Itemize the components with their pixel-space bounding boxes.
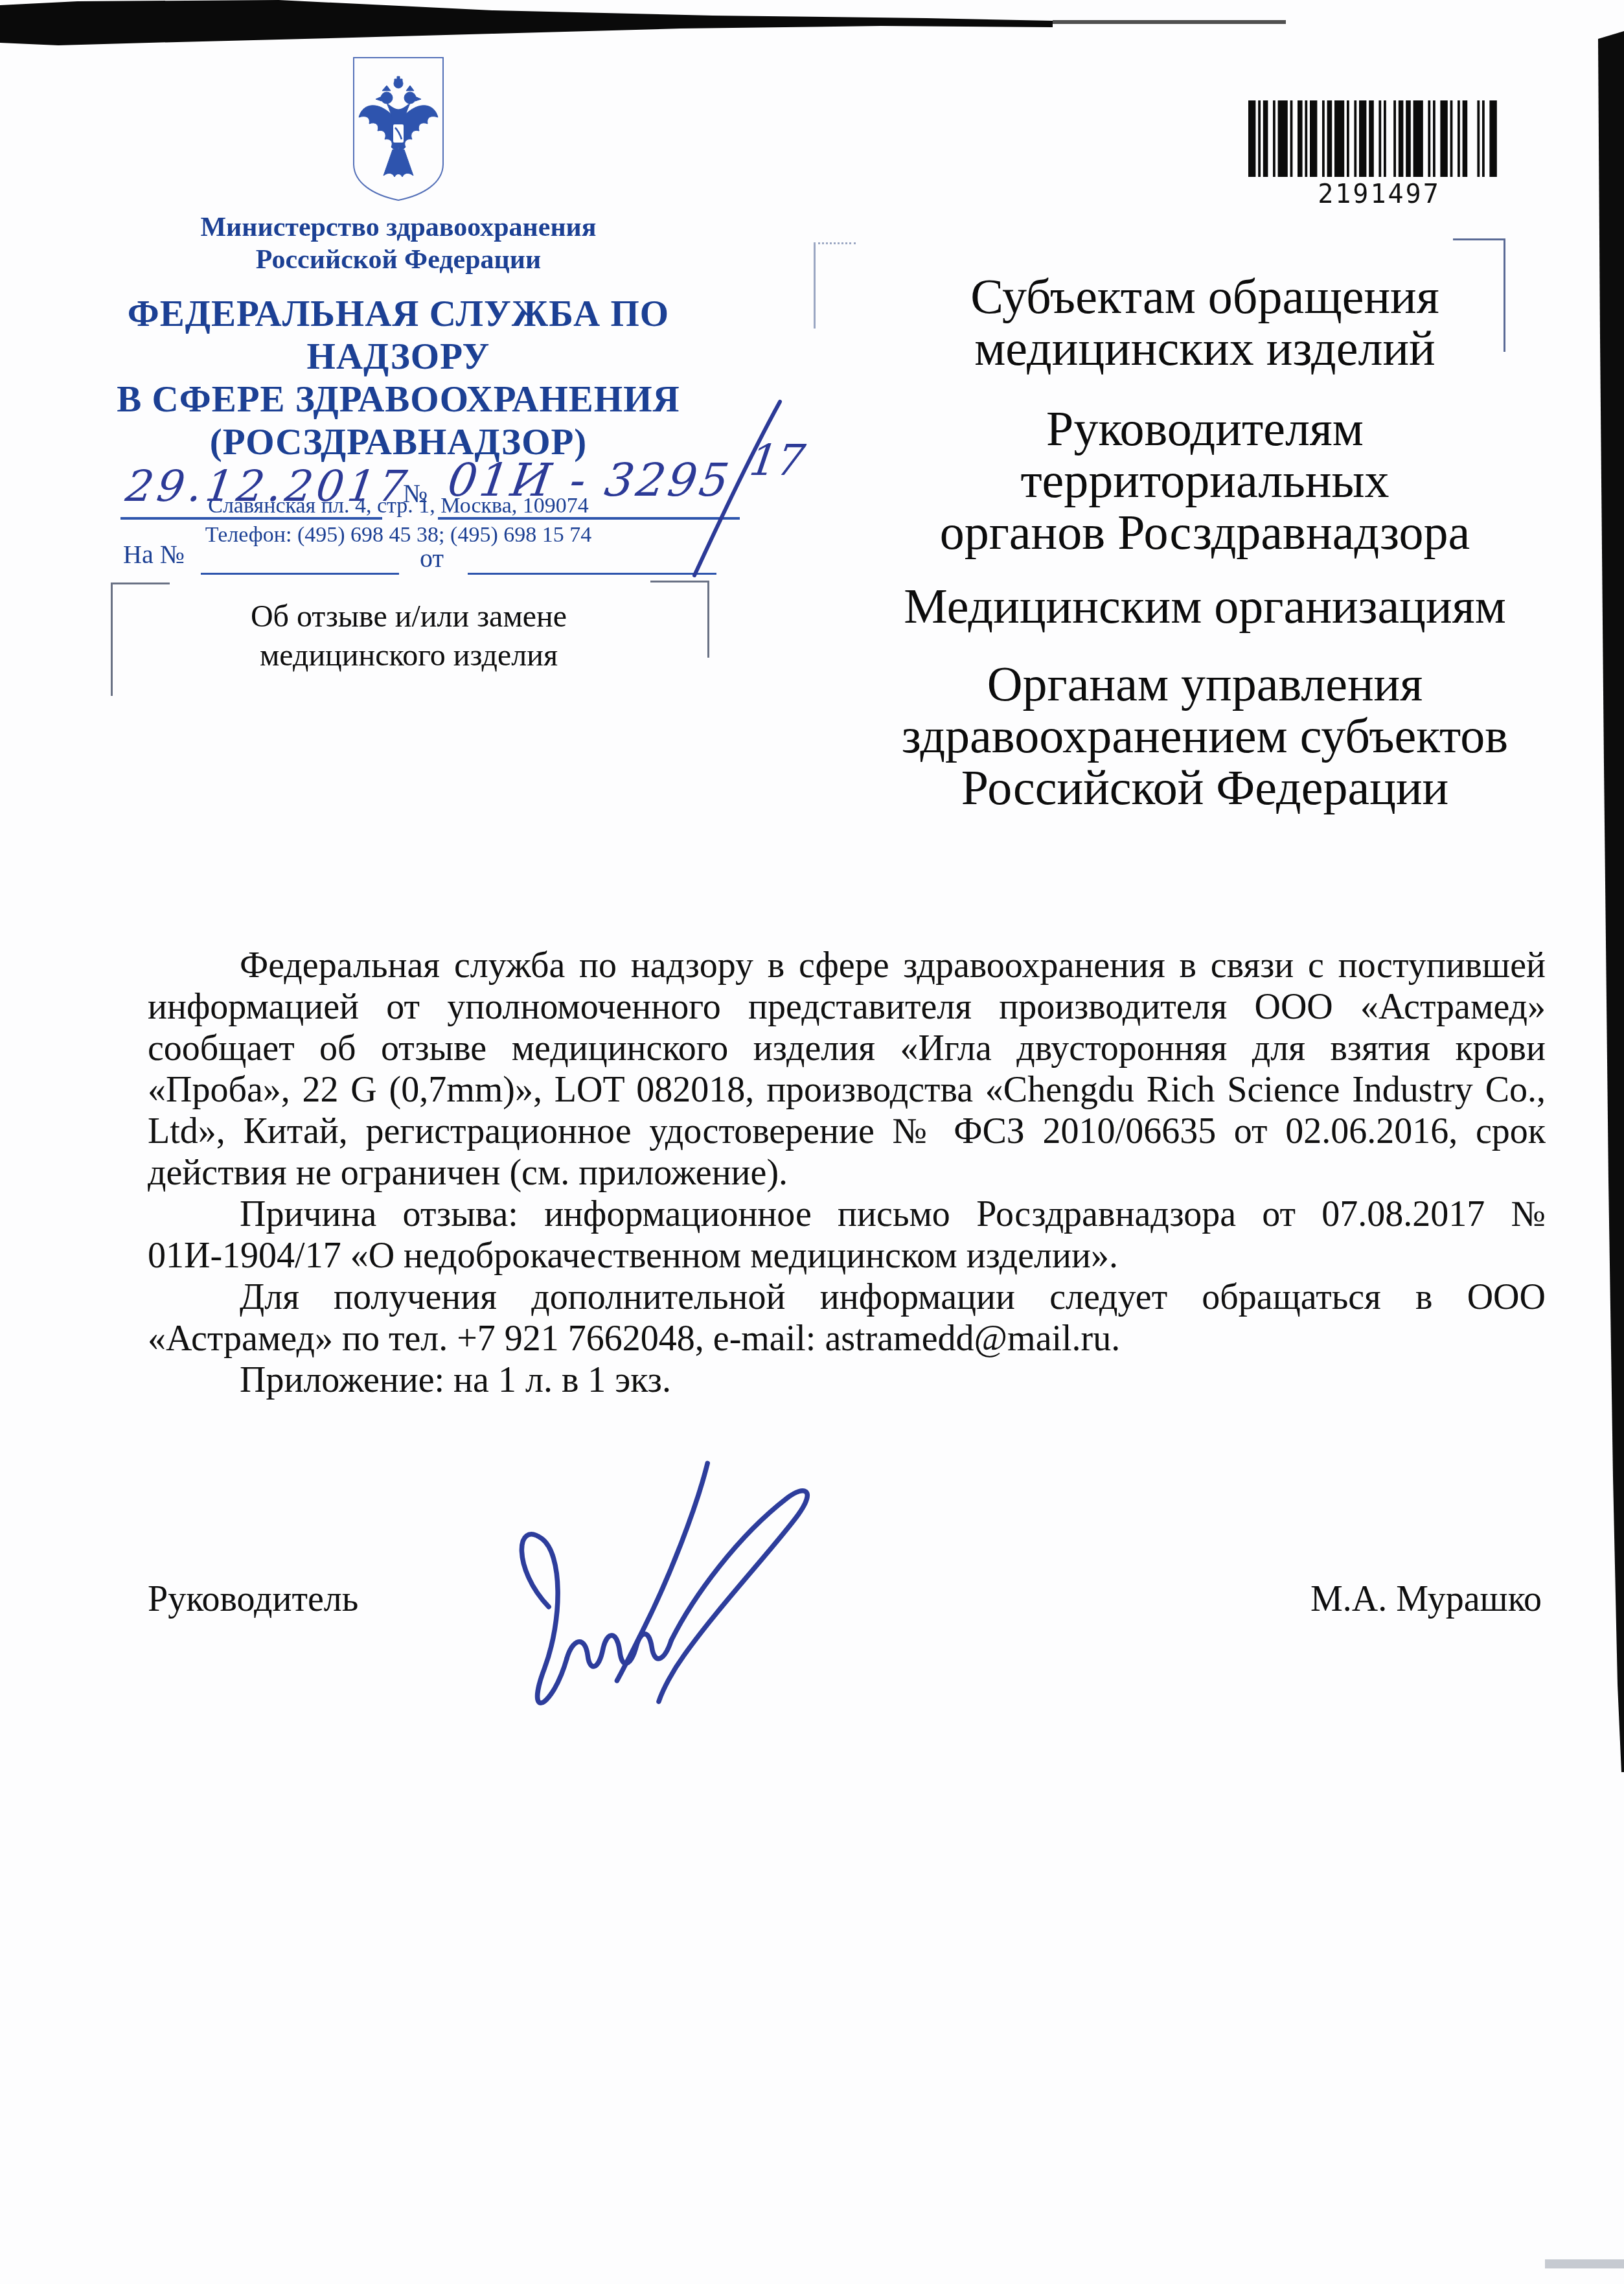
handwritten-date: 29.12.2017 <box>123 461 414 511</box>
addressee-line: медицинских изделий <box>862 323 1548 375</box>
handwritten-number-suffix: 17 <box>747 435 808 485</box>
addressee-block-medical-orgs: Медицинским организациям <box>862 581 1548 632</box>
subject: Об отзыве и/или замене медицинского изде… <box>110 597 707 675</box>
addressee-block-heads: Руководителям территориальных органов Ро… <box>862 403 1548 559</box>
addressee-corner-bracket-left <box>814 242 856 329</box>
reply-from-label: от <box>420 543 444 573</box>
ministry-name: Министерство здравоохранения Российской … <box>78 211 719 276</box>
ministry-line-1: Министерство здравоохранения <box>78 211 719 244</box>
barcode-image <box>1247 100 1511 177</box>
addressee-line: территориальных <box>862 455 1548 507</box>
date-underline <box>120 517 382 520</box>
reply-to-number-label: На № <box>123 539 185 570</box>
reply-number-underline <box>201 573 399 575</box>
number-sign-label: № <box>403 478 428 509</box>
ministry-line-2: Российской Федерации <box>78 244 719 276</box>
signer-name: М.А. Мурашко <box>1198 1578 1542 1620</box>
barcode-bars <box>1248 100 1497 177</box>
barcode: 2191497 <box>1247 100 1511 209</box>
signer-title: Руководитель <box>148 1578 358 1620</box>
addressee-block-health-authorities: Органам управления здравоохранением субъ… <box>862 658 1548 814</box>
handwritten-number: 01И - 3295 <box>444 454 735 507</box>
addressee-line: здравоохранением субъектов <box>862 710 1548 762</box>
right-edge-scan-band <box>1598 31 1624 1772</box>
bottom-right-smudge <box>1545 2259 1624 2268</box>
service-line-2: В СФЕРЕ ЗДРАВООХРАНЕНИЯ <box>78 378 719 421</box>
top-edge-scan-streak <box>1053 20 1286 24</box>
body-paragraph-1: Федеральная служба по надзору в сфере зд… <box>148 945 1546 1194</box>
attachment-note: Приложение: на 1 л. в 1 экз. <box>148 1359 1546 1401</box>
addressee-line: органов Росздравнадзора <box>862 507 1548 559</box>
russian-coat-of-arms-icon <box>350 55 447 203</box>
body-paragraph-2: Причина отзыва: информационное письмо Ро… <box>148 1194 1546 1276</box>
signature-scribble-icon <box>487 1459 850 1738</box>
addressee-block-subjects: Субъектам обращения медицинских изделий <box>862 271 1548 375</box>
addressee-line: Органам управления <box>862 658 1548 710</box>
subject-line-1: Об отзыве и/или замене <box>110 597 707 636</box>
scanned-letter-page: Министерство здравоохранения Российской … <box>0 0 1624 2284</box>
body-paragraph-3: Для получения дополнительной информации … <box>148 1276 1546 1359</box>
addressee-line: Субъектам обращения <box>862 271 1548 323</box>
barcode-number: 2191497 <box>1247 179 1511 209</box>
service-line-1: ФЕДЕРАЛЬНАЯ СЛУЖБА ПО НАДЗОРУ <box>78 293 719 378</box>
addressee-line: Руководителям <box>862 403 1548 455</box>
service-name: ФЕДЕРАЛЬНАЯ СЛУЖБА ПО НАДЗОРУ В СФЕРЕ ЗД… <box>78 293 719 464</box>
subject-line-2: медицинского изделия <box>110 636 707 675</box>
letter-body: Федеральная служба по надзору в сфере зд… <box>148 945 1546 1401</box>
reply-date-underline <box>468 573 716 575</box>
top-edge-scan-band <box>0 0 1053 45</box>
addressee-line: Медицинским организациям <box>862 581 1548 632</box>
addressee-line: Российской Федерации <box>862 762 1548 814</box>
number-underline <box>438 517 740 520</box>
